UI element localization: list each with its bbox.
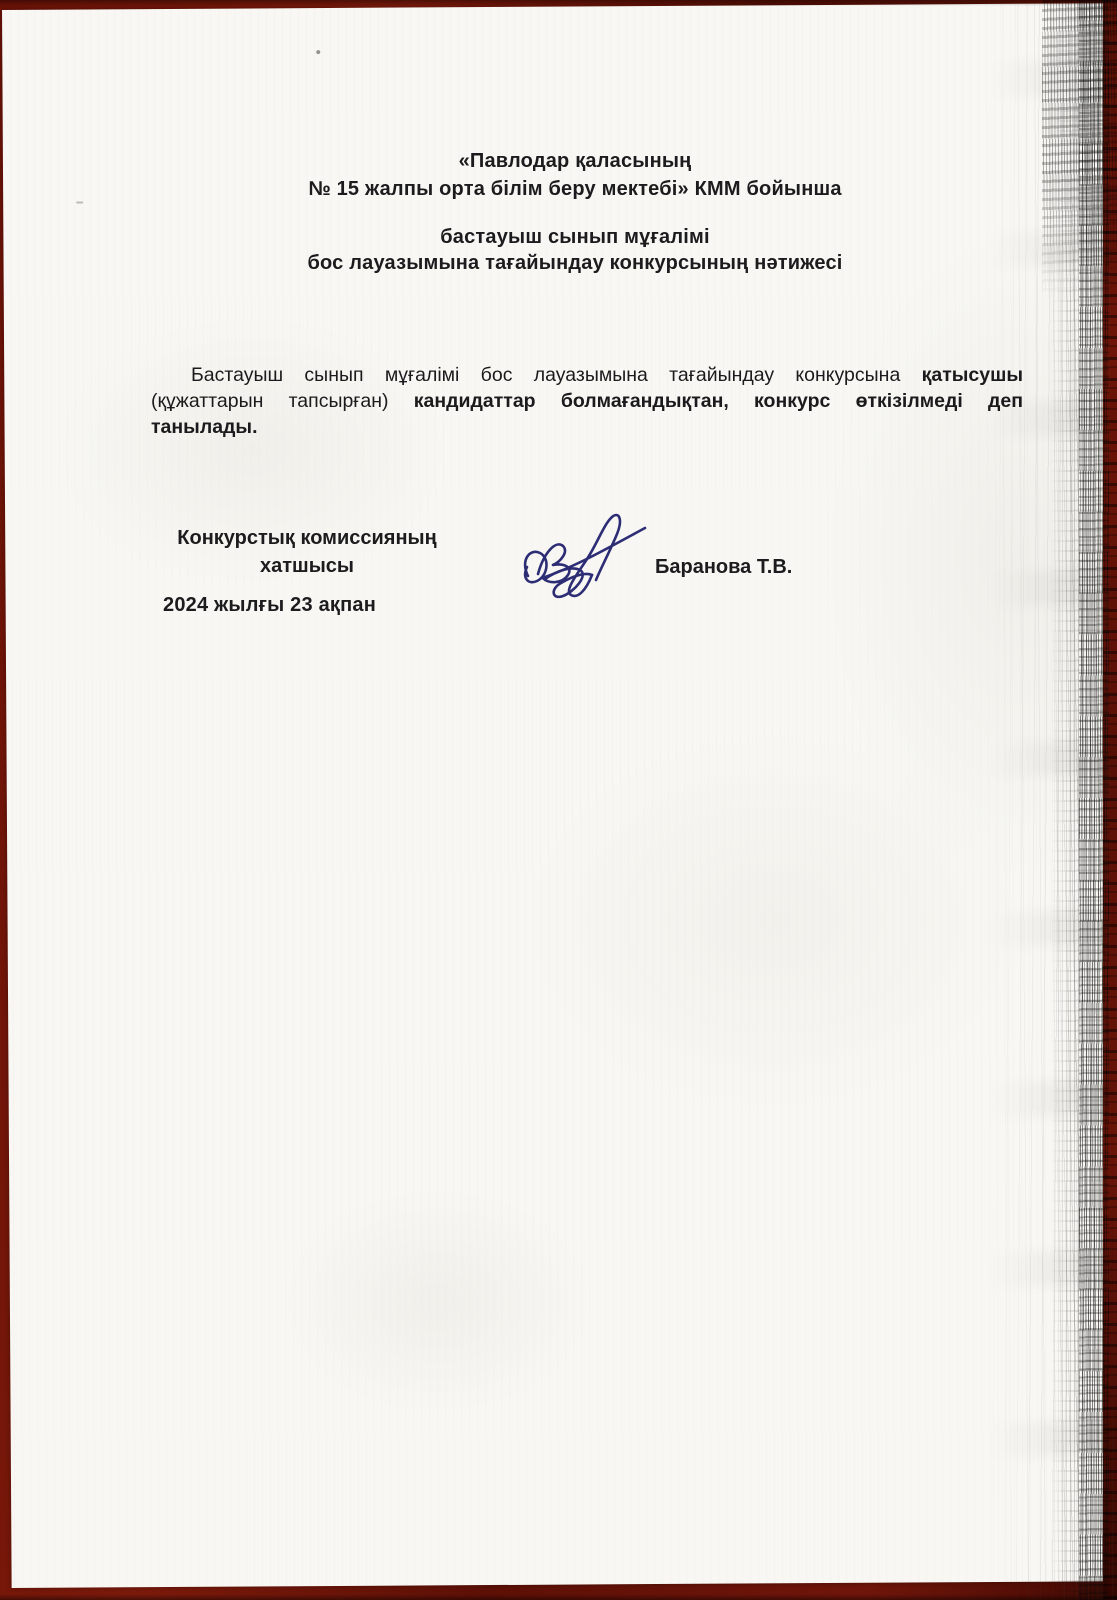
subtitle-line: бастауыш сынып мұғалімі (145, 224, 1005, 250)
document-date: 2024 жылғы 23 ақпан (163, 594, 376, 617)
bottom-edge-shadow (0, 1594, 1117, 1600)
body-line: танылады. (151, 414, 1023, 440)
title-line: № 15 жалпы орта білім беру мектебі» КММ … (145, 175, 1005, 203)
handwritten-signature-icon (490, 504, 665, 604)
document-subtitle: бастауыш сынып мұғалімі бос лауазымына т… (145, 224, 1005, 276)
top-edge-shadow (0, 0, 1117, 6)
signatory-name: Баранова Т.В. (655, 556, 792, 579)
body-text: (құжаттарын тапсырған) (151, 390, 389, 412)
document-title: «Павлодар қаласының № 15 жалпы орта білі… (145, 147, 1005, 203)
body-paragraph: Бастауыш сынып мұғалімі бос лауазымына т… (151, 362, 1023, 440)
signature-role-line: Конкурстық комиссияның (171, 524, 443, 552)
body-text-bold: танылады. (151, 416, 258, 438)
body-line: Бастауыш сынып мұғалімі бос лауазымына т… (151, 362, 1023, 388)
scanned-document-page: «Павлодар қаласының № 15 жалпы орта білі… (0, 0, 1117, 1600)
signature-role-block: Конкурстық комиссияның хатшысы (171, 524, 443, 580)
body-line: (құжаттарын тапсырған) кандидаттар болма… (151, 388, 1023, 414)
title-line: «Павлодар қаласының (145, 147, 1005, 175)
body-text: Бастауыш сынып мұғалімі бос лауазымына т… (191, 364, 900, 386)
subtitle-line: бос лауазымына тағайындау конкурсының нә… (145, 250, 1005, 276)
signature-role-line: хатшысы (171, 552, 443, 580)
body-text-bold: кандидаттар болмағандықтан, конкурс өткі… (414, 390, 1023, 412)
document-content: «Павлодар қаласының № 15 жалпы орта білі… (0, 0, 1117, 1600)
body-text-bold: қатысушы (922, 364, 1023, 386)
